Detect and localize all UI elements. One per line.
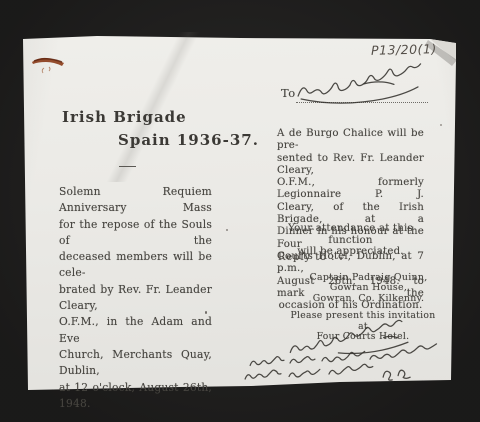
body-line: A de Burgo Chalice will be pre- (277, 128, 424, 153)
body-line: O.F.M., in the Adam and Eve (59, 314, 212, 347)
archive-reference-pencil: P13/20(1) (371, 41, 437, 58)
body-line: brated by Rev. Fr. Leander Cleary, (59, 282, 212, 315)
left-column-body: Solemn Requiem Anniversary Mass for the … (59, 184, 212, 412)
scanned-invitation-photograph: P13/20(1) Irish Brigade Spain 1936-37. S… (0, 0, 480, 422)
body-line: deceased members will be cele- (59, 249, 212, 282)
dust-speck (440, 124, 442, 126)
stray-ink-mark (340, 257, 342, 260)
body-line: at 12 o'clock, August 26th, 1948. (59, 380, 212, 413)
present-line: Please present this invitation at (288, 311, 438, 332)
body-line: Solemn Requiem Anniversary Mass (59, 184, 212, 217)
card-title-line1: Irish Brigade (62, 108, 187, 126)
dust-speck (205, 311, 207, 314)
body-line: Church, Merchants Quay, Dublin, (59, 347, 212, 380)
handwritten-recipient-name (294, 76, 422, 104)
body-line: O.F.M., formerly Legionnaire P. J. (277, 177, 424, 202)
title-divider-rule (119, 166, 136, 167)
attendance-line: Your attendance at this function (277, 223, 424, 246)
dust-speck (226, 229, 228, 231)
body-line: sented to Rev. Fr. Leander Cleary, (277, 153, 424, 178)
address-line: Gowran, Co. Kilkenny. (300, 294, 437, 304)
rust-stain (30, 51, 70, 79)
reply-address: Captain Padraig Quinn, Gowran House, Gow… (300, 273, 437, 304)
body-line: for the repose of the Souls of the (59, 217, 212, 250)
card-title-line2: Spain 1936-37. (118, 131, 259, 149)
reply-to-label: Reply to : (278, 252, 335, 263)
